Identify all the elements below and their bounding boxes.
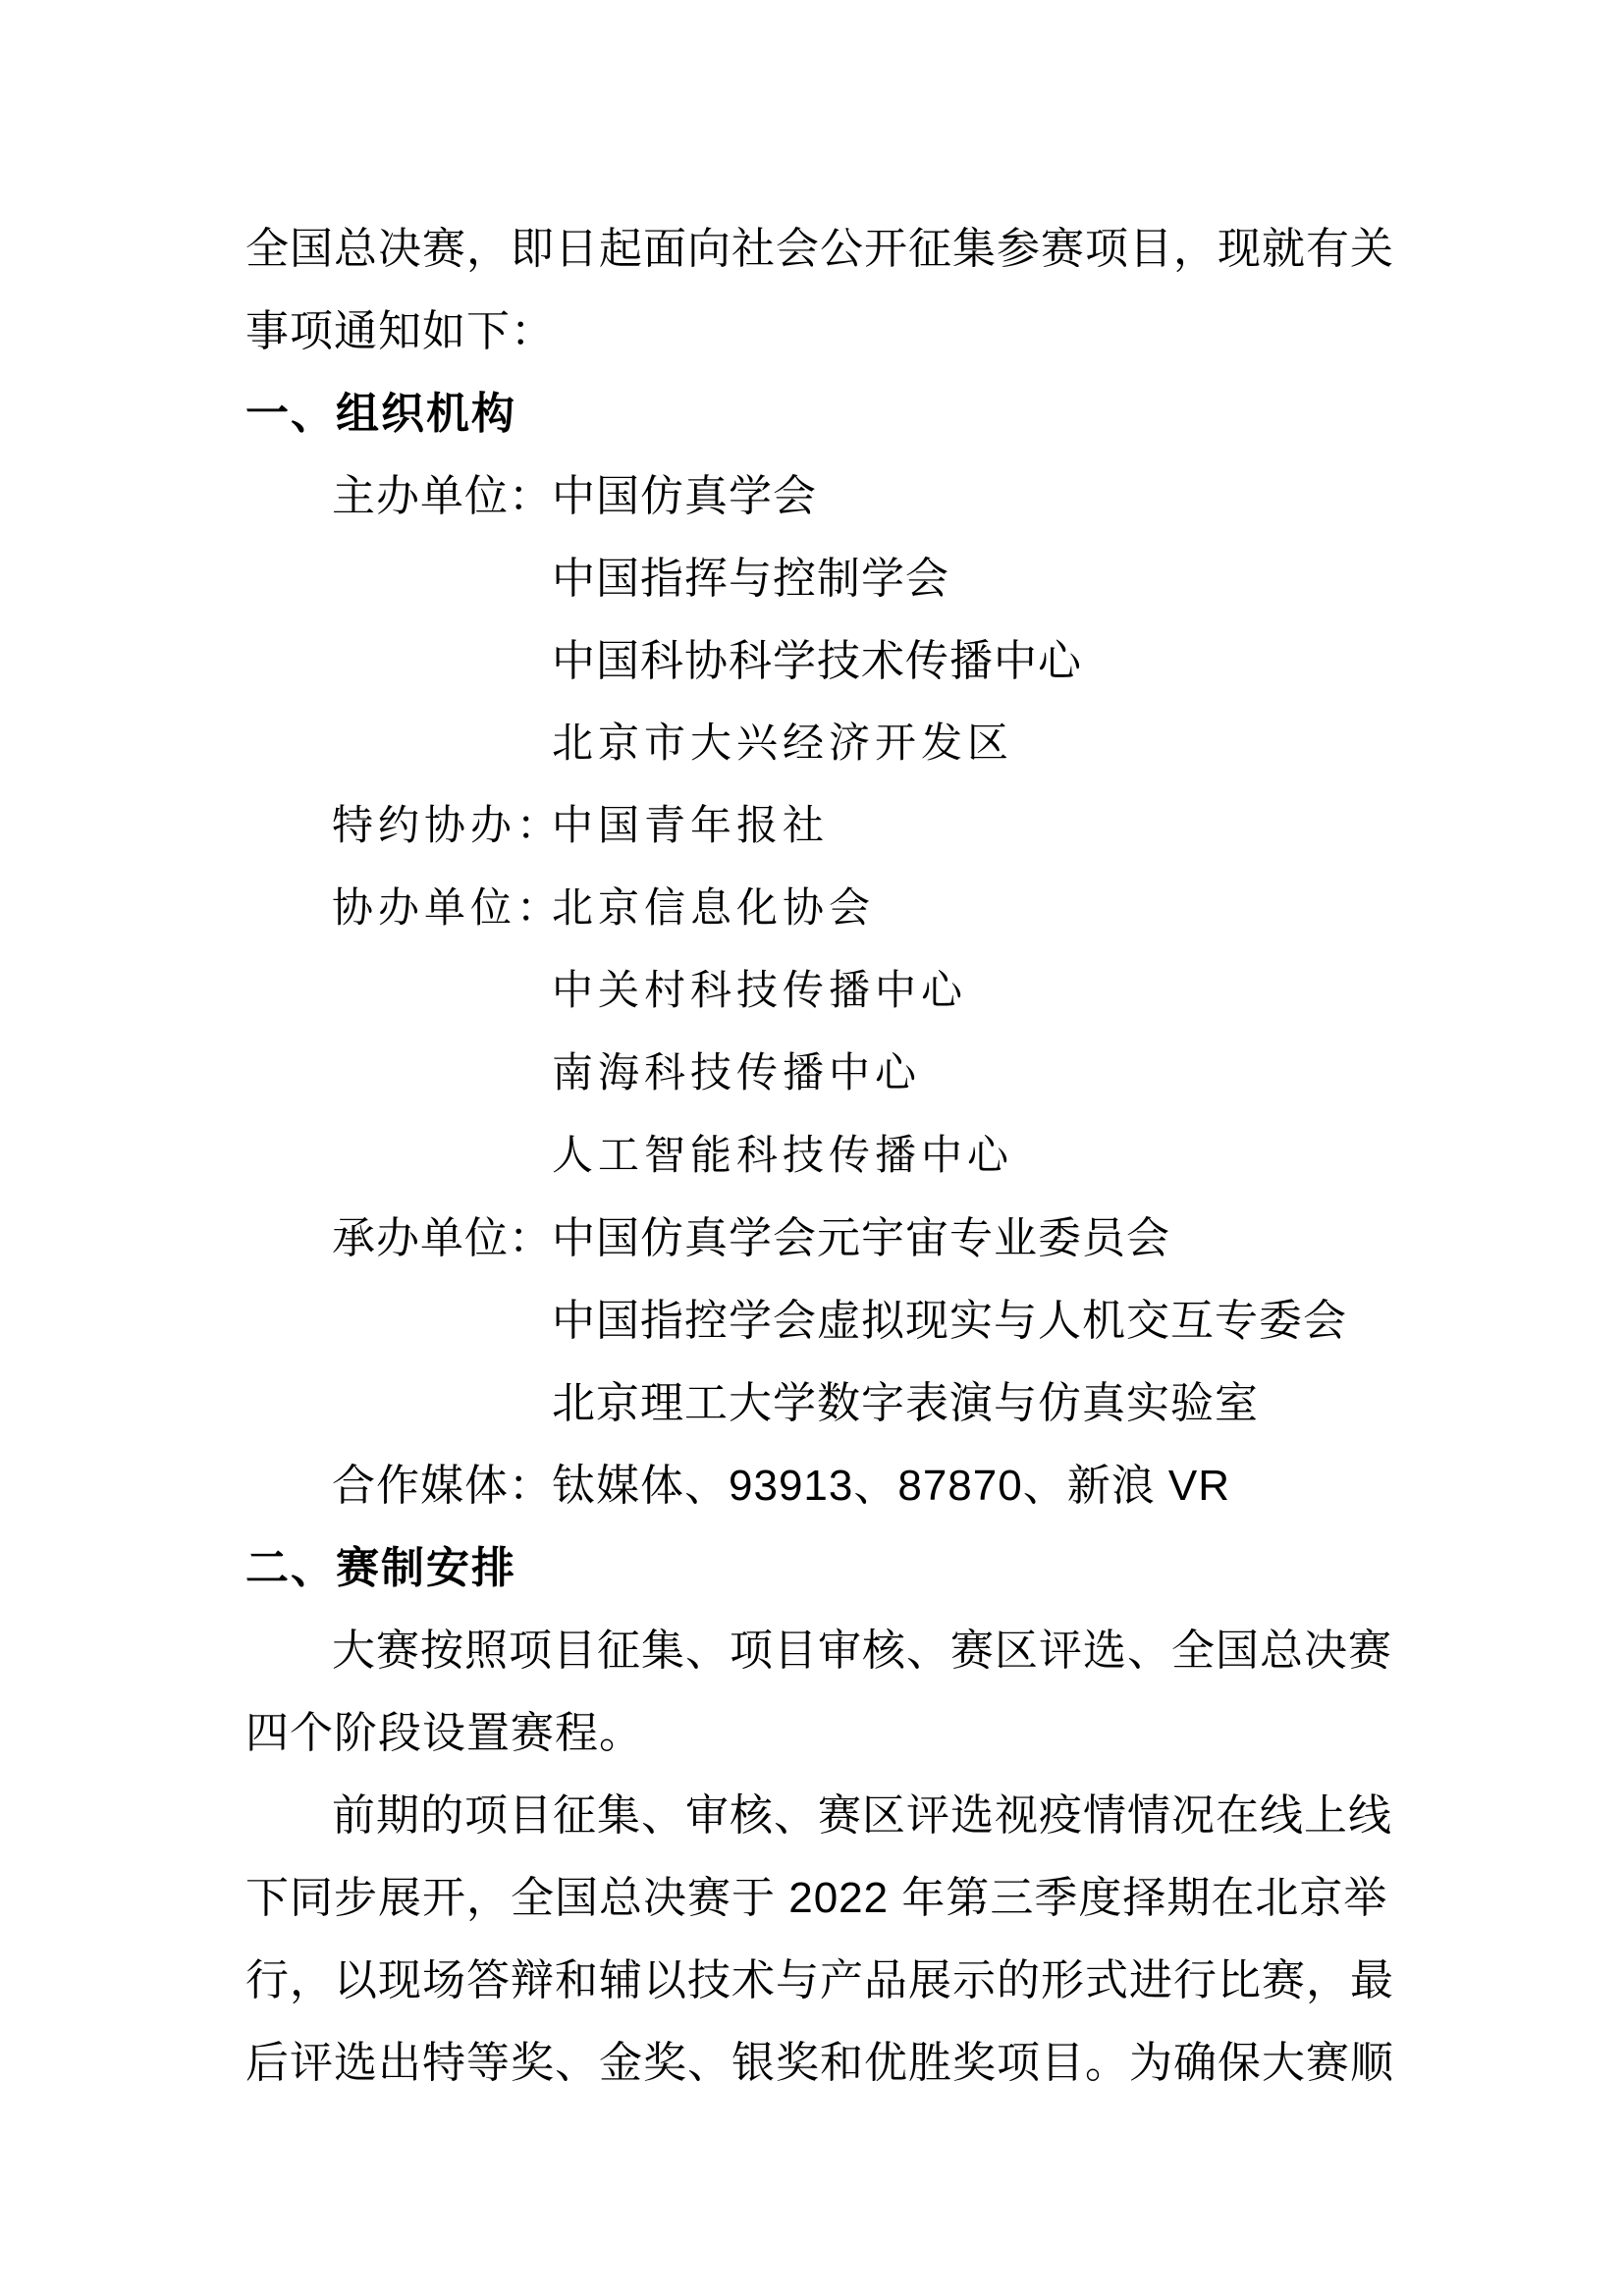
schedule-para-2-line-1: 前期的项目征集、审核、赛区评选视疫情情况在线上线 <box>245 1775 1375 1857</box>
special-coorganizer-row: 特约协办： 中国青年报社 <box>245 785 1375 868</box>
coorganizer-row-3: 南海科技传播中心 <box>245 1033 1375 1115</box>
schedule-para-1-line-1: 大赛按照项目征集、项目审核、赛区评选、全国总决赛 <box>245 1610 1375 1692</box>
host-unit-row-2: 中国指挥与控制学会 <box>245 538 1375 620</box>
host-units-label: 主办单位： <box>332 455 553 538</box>
schedule-para-1-line-2: 四个阶段设置赛程。 <box>245 1692 1375 1775</box>
coorganizer-value-4: 人工智能科技传播中心 <box>552 1115 1013 1198</box>
schedule-para-2-line-2: 下同步展开，全国总决赛于 2022 年第三季度择期在北京举 <box>245 1857 1375 1940</box>
special-coorganizer-value: 中国青年报社 <box>552 785 829 868</box>
coorganizer-value-1: 北京信息化协会 <box>552 868 875 950</box>
undertaker-value-3: 北京理工大学数字表演与仿真实验室 <box>552 1362 1259 1445</box>
host-unit-value-3: 中国科协科学技术传播中心 <box>552 620 1082 703</box>
special-coorganizer-label: 特约协办： <box>332 785 563 868</box>
host-unit-value-2: 中国指挥与控制学会 <box>552 538 949 620</box>
coorganizer-row-4: 人工智能科技传播中心 <box>245 1115 1375 1198</box>
host-units-row: 主办单位： 中国仿真学会 <box>245 455 1375 538</box>
host-unit-row-3: 中国科协科学技术传播中心 <box>245 620 1375 703</box>
coorganizer-value-2: 中关村科技传播中心 <box>552 950 967 1033</box>
coorganizer-value-3: 南海科技传播中心 <box>552 1033 921 1115</box>
schedule-para-2-line-4: 后评选出特等奖、金奖、银奖和优胜奖项目。为确保大赛顺 <box>245 2022 1375 2105</box>
media-partners-row: 合作媒体： 钛媒体、93913、87870、新浪 VR <box>245 1445 1375 1527</box>
host-unit-row-4: 北京市大兴经济开发区 <box>245 703 1375 785</box>
section-2-heading: 二、赛制安排 <box>245 1527 1375 1610</box>
schedule-para-2-line-3: 行，以现场答辩和辅以技术与产品展示的形式进行比赛，最 <box>245 1940 1375 2022</box>
media-partners-value: 钛媒体、93913、87870、新浪 VR <box>552 1445 1230 1527</box>
host-unit-value-4: 北京市大兴经济开发区 <box>552 703 1013 785</box>
section-1-heading: 一、组织机构 <box>245 373 1375 455</box>
coorganizer-units-row: 协办单位： 北京信息化协会 <box>245 868 1375 950</box>
host-unit-value-1: 中国仿真学会 <box>552 455 817 538</box>
undertaker-value-1: 中国仿真学会元宇宙专业委员会 <box>552 1198 1170 1280</box>
undertaker-units-label: 承办单位： <box>332 1198 553 1280</box>
coorganizer-row-2: 中关村科技传播中心 <box>245 950 1375 1033</box>
text-column: 全国总决赛，即日起面向社会公开征集参赛项目，现就有关 事项通知如下： 一、组织机… <box>245 208 1375 2105</box>
media-partners-label: 合作媒体： <box>332 1445 553 1527</box>
undertaker-units-row: 承办单位： 中国仿真学会元宇宙专业委员会 <box>245 1198 1375 1280</box>
document-page: 全国总决赛，即日起面向社会公开征集参赛项目，现就有关 事项通知如下： 一、组织机… <box>0 0 1624 2296</box>
undertaker-row-3: 北京理工大学数字表演与仿真实验室 <box>245 1362 1375 1445</box>
intro-line-2: 事项通知如下： <box>245 291 1375 373</box>
undertaker-row-2: 中国指控学会虚拟现实与人机交互专委会 <box>245 1280 1375 1362</box>
undertaker-value-2: 中国指控学会虚拟现实与人机交互专委会 <box>552 1280 1347 1362</box>
intro-line-1: 全国总决赛，即日起面向社会公开征集参赛项目，现就有关 <box>245 208 1375 291</box>
coorganizer-units-label: 协办单位： <box>332 868 563 950</box>
